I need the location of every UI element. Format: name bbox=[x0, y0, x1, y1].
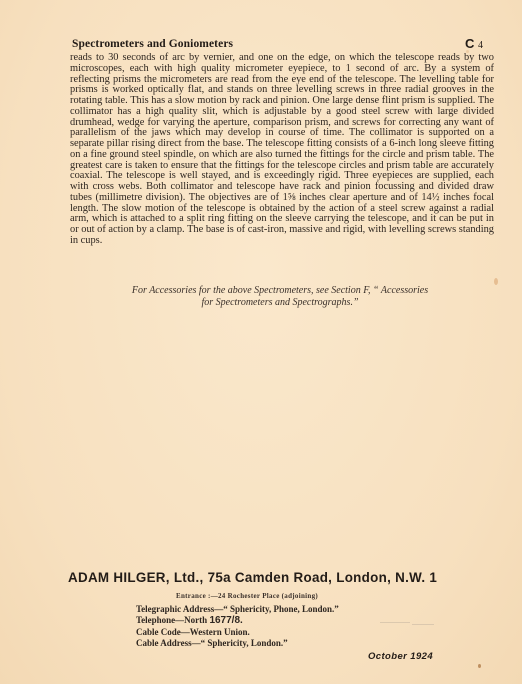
accessories-note-line-2: for Spectrometers and Spectrographs.” bbox=[85, 297, 475, 309]
paper-streak bbox=[380, 622, 410, 623]
accessories-note: For Accessories for the above Spectromet… bbox=[85, 285, 475, 309]
telegraphic-address: Telegraphic Address—“ Sphericity, Phone,… bbox=[136, 604, 339, 615]
section-title: Spectrometers and Goniometers bbox=[72, 38, 233, 50]
accessories-note-line-1: For Accessories for the above Spectromet… bbox=[85, 285, 475, 297]
cable-address: Cable Address—“ Sphericity, London.” bbox=[136, 638, 339, 649]
company-address: ADAM HILGER, Ltd., 75a Camden Road, Lond… bbox=[68, 570, 437, 585]
paper-stain bbox=[478, 664, 481, 668]
page-code-letter: C bbox=[465, 36, 474, 51]
cable-code: Cable Code—Western Union. bbox=[136, 627, 339, 638]
telephone-label: Telephone—North bbox=[136, 615, 209, 625]
publication-date: October 1924 bbox=[368, 651, 433, 662]
telephone-number: 1677/8. bbox=[209, 615, 242, 626]
page-code-number: 4 bbox=[478, 40, 483, 51]
body-paragraph: reads to 30 seconds of arc by vernier, a… bbox=[70, 53, 494, 247]
paper-stain bbox=[466, 50, 469, 53]
telephone: Telephone—North 1677/8. bbox=[136, 615, 339, 626]
entrance-note: Entrance :—24 Rochester Place (adjoining… bbox=[176, 592, 318, 600]
paper-stain bbox=[494, 278, 498, 285]
paper-streak bbox=[412, 624, 434, 625]
contact-block: Telegraphic Address—“ Sphericity, Phone,… bbox=[136, 604, 339, 649]
page-code: C 4 bbox=[465, 36, 483, 51]
